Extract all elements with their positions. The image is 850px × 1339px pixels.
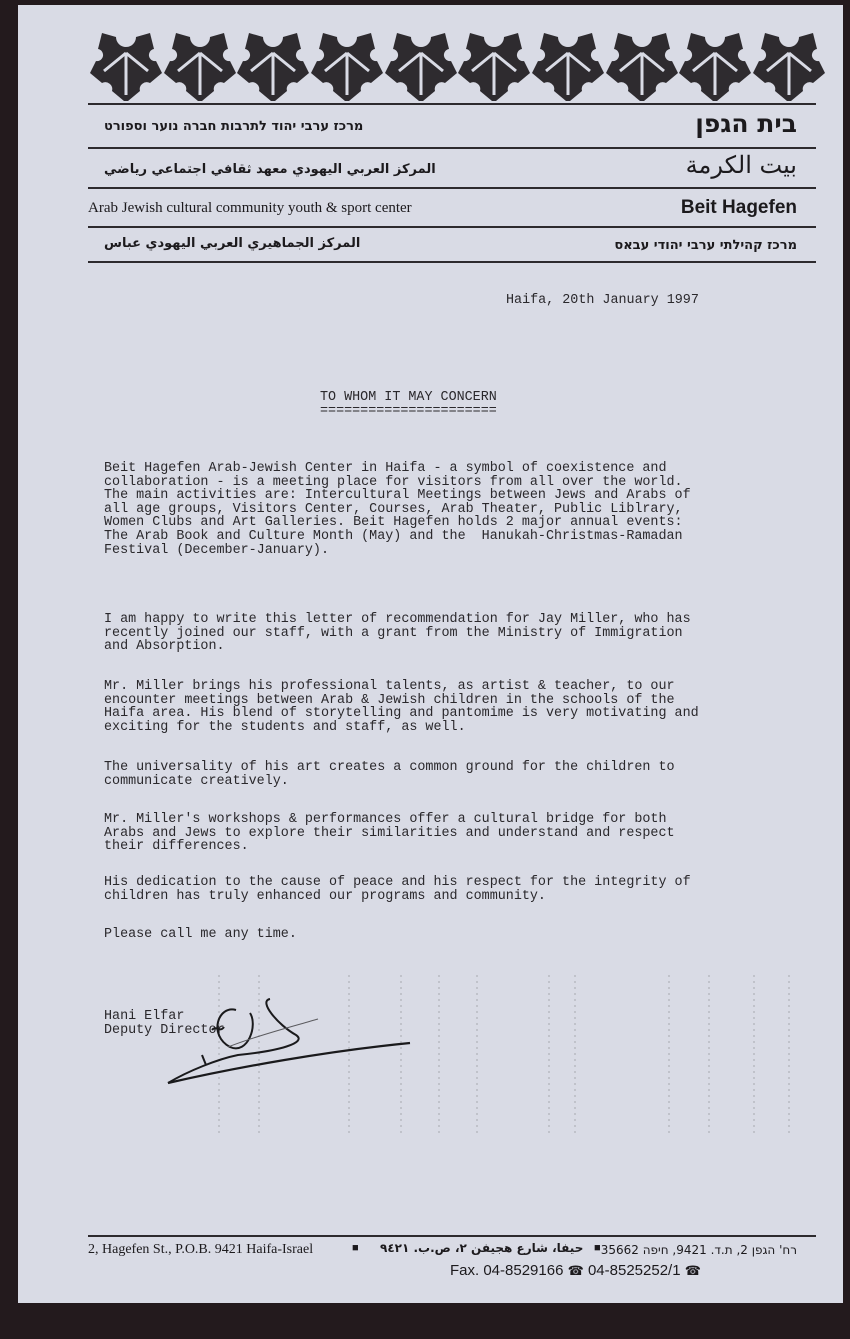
paragraph-workshops: Mr. Miller's workshops & performances of… [104, 813, 764, 854]
arabic-abbas-center: المركز الجماهيري العربي اليهودي عباس [104, 236, 360, 251]
phone-number: 04-8525252/1 [588, 1262, 681, 1279]
footer-divider [88, 1235, 816, 1237]
grape-leaf-icon [606, 29, 678, 101]
arabic-tagline: المركز العربي اليهودي معهد ثقافي اجتماعي… [104, 162, 436, 177]
paragraph-universality: The universality of his art creates a co… [104, 761, 764, 788]
fax-number: Fax. 04-8529166 [450, 1262, 563, 1279]
salutation-underline: ====================== [320, 405, 540, 419]
paragraph-dedication: His dedication to the cause of peace and… [104, 876, 764, 903]
english-tagline: Arab Jewish cultural community youth & s… [88, 200, 412, 217]
grape-leaf-icon [90, 29, 162, 101]
grape-leaf-icon [679, 29, 751, 101]
grape-leaf-icon [532, 29, 604, 101]
divider [88, 226, 816, 228]
divider [88, 261, 816, 263]
footer-address-hebrew: רח' הגפן 2, ת.ד. 9421, חיפה 35662 [601, 1243, 797, 1257]
divider [88, 103, 816, 105]
divider [88, 187, 816, 189]
date-line: Haifa, 20th January 1997 [506, 294, 766, 308]
grape-leaf-icon [385, 29, 457, 101]
grape-leaf-icon [164, 29, 236, 101]
paragraph-recommendation: I am happy to write this letter of recom… [104, 613, 764, 654]
hebrew-tagline: מרכז ערבי יהוד לתרבות חברה נוער וספורט [104, 119, 363, 134]
grape-leaf-icon [311, 29, 383, 101]
footer-address-arabic: حيفا، شارع هجيفن ٢، ص.ب. ٩٤٢١ [380, 1241, 583, 1255]
english-org-name: Beit Hagefen [681, 197, 797, 219]
signature [158, 995, 438, 1095]
grape-leaf-icon [753, 29, 825, 101]
footer-separator: ■ [352, 1242, 359, 1254]
telephone-icon: ☎ [685, 1263, 701, 1278]
divider [88, 147, 816, 149]
letter-page: בית הגפן מרכז ערבי יהוד לתרבות חברה נוער… [18, 5, 843, 1303]
footer-separator: ■ [594, 1242, 601, 1254]
footer-contact: Fax. 04-8529166 ☎ 04-8525252/1 ☎ [450, 1262, 701, 1279]
logo-banner [90, 29, 825, 105]
telephone-icon: ☎ [568, 1263, 584, 1278]
footer-address-english: 2, Hagefen St., P.O.B. 9421 Haifa-Israel [88, 1242, 313, 1258]
paragraph-talents: Mr. Miller brings his professional talen… [104, 680, 764, 734]
grape-leaf-icon [237, 29, 309, 101]
hebrew-abbas-center: מרכז קהילתי ערבי יהודי עבאס [614, 238, 797, 253]
grape-leaf-icon [458, 29, 530, 101]
salutation: TO WHOM IT MAY CONCERN [320, 391, 540, 405]
arabic-org-name: بيت الكرمة [686, 151, 797, 179]
hebrew-org-name: בית הגפן [695, 109, 797, 138]
paragraph-closing: Please call me any time. [104, 928, 764, 942]
paragraph-intro: Beit Hagefen Arab-Jewish Center in Haifa… [104, 462, 764, 557]
